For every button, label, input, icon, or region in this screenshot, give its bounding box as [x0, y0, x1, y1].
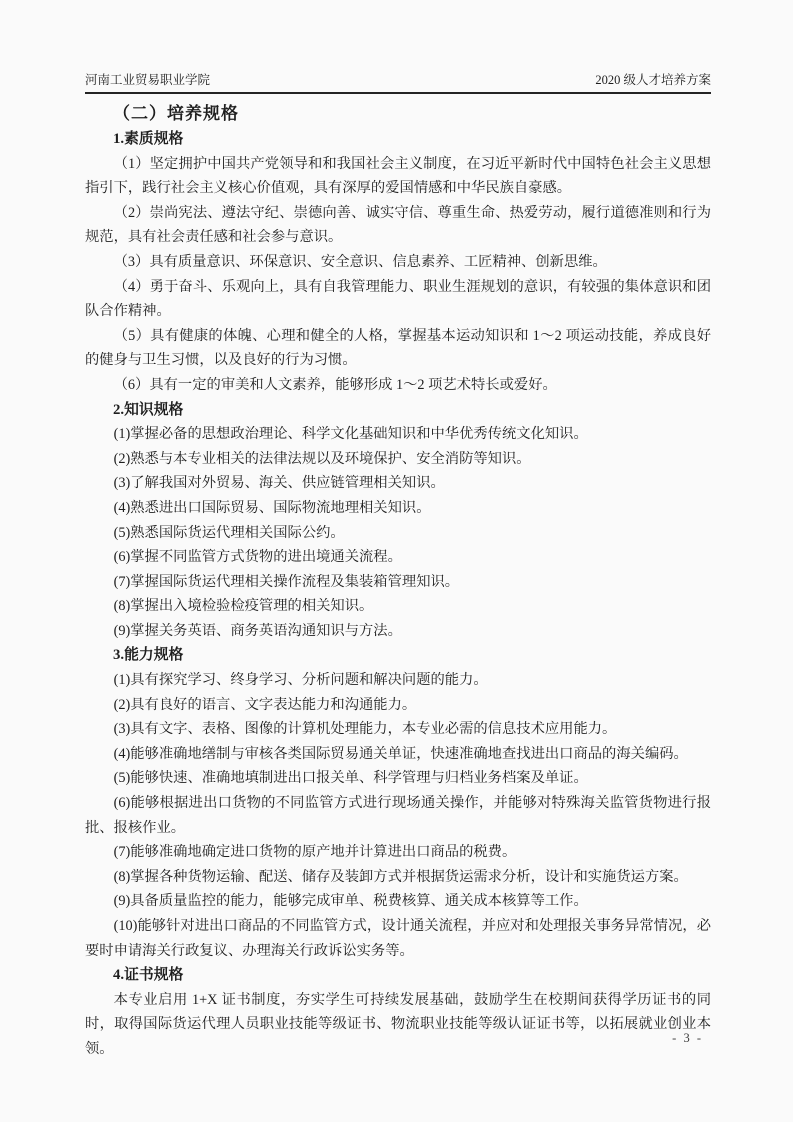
section-heading: 4.证书规格: [85, 963, 711, 988]
page-header: 河南工业贸易职业学院 2020 级人才培养方案: [85, 72, 711, 94]
page-title: （二）培养规格: [85, 100, 711, 127]
paragraph: (5)能够快速、准确地填制进出口报关单、科学管理与归档业务档案及单证。: [85, 766, 711, 791]
header-left-text: 河南工业贸易职业学院: [85, 72, 210, 88]
paragraph: (4)能够准确地缮制与审核各类国际贸易通关单证，快速准确地查找进出口商品的海关编…: [85, 742, 711, 767]
paragraph: (3)具有文字、表格、图像的计算机处理能力，本专业必需的信息技术应用能力。: [85, 717, 711, 742]
paragraph: (1)掌握必备的思想政治理论、科学文化基础知识和中华优秀传统文化知识。: [85, 422, 711, 447]
paragraph: 本专业启用 1+X 证书制度，夯实学生可持续发展基础，鼓励学生在校期间获得学历证…: [85, 988, 711, 1062]
paragraph: （3）具有质量意识、环保意识、安全意识、信息素养、工匠精神、创新思维。: [85, 250, 711, 275]
paragraph: （2）崇尚宪法、遵法守纪、崇德向善、诚实守信、尊重生命、热爱劳动，履行道德准则和…: [85, 201, 711, 250]
paragraph: (9)具备质量监控的能力，能够完成审单、税费核算、通关成本核算等工作。: [85, 889, 711, 914]
page-number: - 3 -: [672, 1031, 703, 1046]
paragraph: (2)具有良好的语言、文字表达能力和沟通能力。: [85, 693, 711, 718]
paragraph: (9)掌握关务英语、商务英语沟通知识与方法。: [85, 619, 711, 644]
paragraph: (1)具有探究学习、终身学习、分析问题和解决问题的能力。: [85, 668, 711, 693]
paragraph: (10)能够针对进出口商品的不同监管方式，设计通关流程，并应对和处理报关事务异常…: [85, 914, 711, 963]
paragraph: (8)掌握出入境检验检疫管理的相关知识。: [85, 594, 711, 619]
header-right-text: 2020 级人才培养方案: [595, 72, 711, 88]
paragraph: （6）具有一定的审美和人文素养，能够形成 1～2 项艺术特长或爱好。: [85, 373, 711, 398]
document-content: （二）培养规格 1.素质规格（1）坚定拥护中国共产党领导和和我国社会主义制度，在…: [85, 100, 711, 1062]
paragraph: (7)能够准确地确定进口货物的原产地并计算进出口商品的税费。: [85, 840, 711, 865]
paragraph: (6)能够根据进出口货物的不同监管方式进行现场通关操作，并能够对特殊海关监管货物…: [85, 791, 711, 840]
section-heading: 3.能力规格: [85, 643, 711, 668]
paragraph: (4)熟悉进出口国际贸易、国际物流地理相关知识。: [85, 496, 711, 521]
section-heading: 1.素质规格: [85, 127, 711, 152]
paragraph: (7)掌握国际货运代理相关操作流程及集装箱管理知识。: [85, 570, 711, 595]
paragraph: (3)了解我国对外贸易、海关、供应链管理相关知识。: [85, 471, 711, 496]
paragraph: (2)熟悉与本专业相关的法律法规以及环境保护、安全消防等知识。: [85, 447, 711, 472]
paragraph: （1）坚定拥护中国共产党领导和和我国社会主义制度，在习近平新时代中国特色社会主义…: [85, 152, 711, 201]
paragraph: (8)掌握各种货物运输、配送、储存及装卸方式并根据货运需求分析，设计和实施货运方…: [85, 865, 711, 890]
document-page: 河南工业贸易职业学院 2020 级人才培养方案 （二）培养规格 1.素质规格（1…: [0, 0, 793, 1122]
paragraph: （5）具有健康的体魄、心理和健全的人格，掌握基本运动知识和 1～2 项运动技能，…: [85, 324, 711, 373]
paragraph: (5)熟悉国际货运代理相关国际公约。: [85, 521, 711, 546]
document-sections: 1.素质规格（1）坚定拥护中国共产党领导和和我国社会主义制度，在习近平新时代中国…: [85, 127, 711, 1062]
paragraph: (6)掌握不同监管方式货物的进出境通关流程。: [85, 545, 711, 570]
section-heading: 2.知识规格: [85, 398, 711, 423]
paragraph: （4）勇于奋斗、乐观向上，具有自我管理能力、职业生涯规划的意识，有较强的集体意识…: [85, 275, 711, 324]
